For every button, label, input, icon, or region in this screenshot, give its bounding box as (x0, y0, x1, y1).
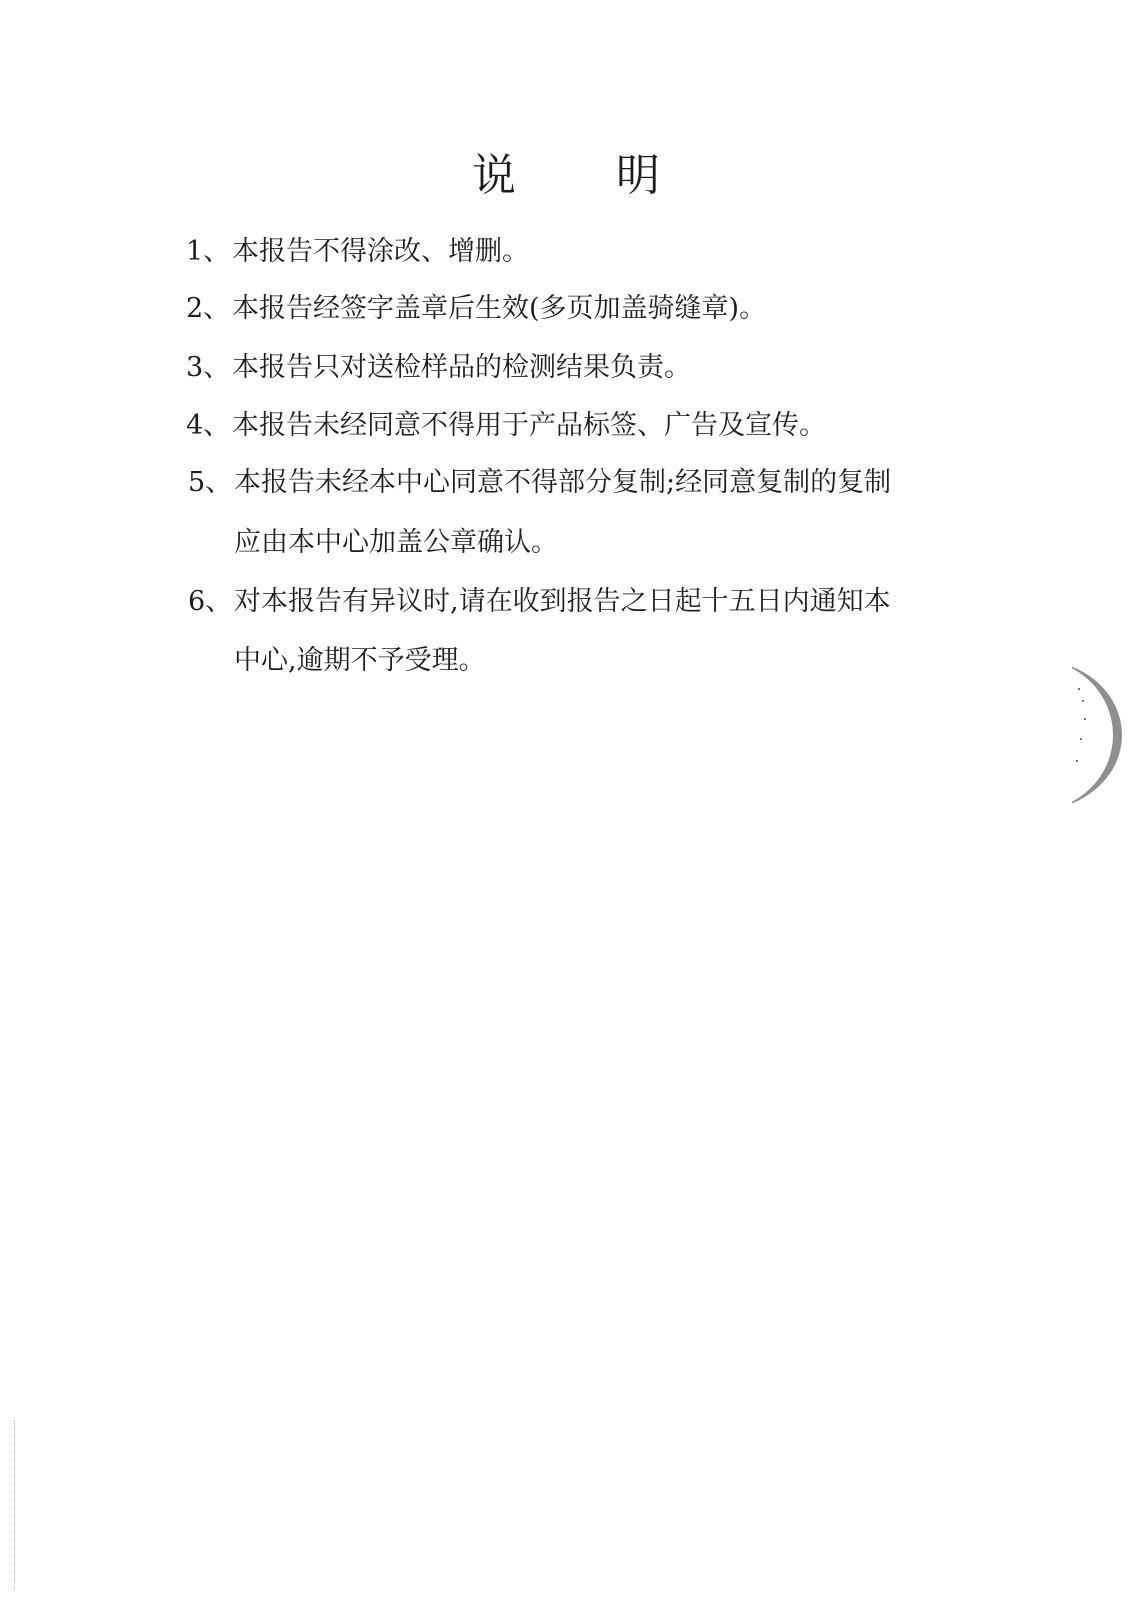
item-number: 2、 (186, 289, 232, 329)
item-text: 中心,逾期不予受理。 (234, 645, 486, 676)
item-number: 5、 (188, 463, 234, 503)
document-page: 说明 1、本报告不得涂改、增删。 2、本报告经签字盖章后生效(多页加盖骑缝章)。… (0, 0, 1132, 1600)
notice-item-4: 4、本报告未经同意不得用于产品标签、广告及宣传。 (186, 406, 826, 446)
item-text: 本报告只对送检样品的检测结果负责。 (232, 352, 691, 383)
item-text: 本报告未经本中心同意不得部分复制;经同意复制的复制 (234, 467, 891, 498)
item-number: 1、 (186, 232, 232, 272)
notice-item-3: 3、本报告只对送检样品的检测结果负责。 (186, 348, 691, 388)
notice-item-5: 5、本报告未经本中心同意不得部分复制;经同意复制的复制 (188, 463, 891, 503)
item-text: 本报告不得涂改、增删。 (232, 236, 529, 267)
notice-item-5-continued: 应由本中心加盖公章确认。 (234, 523, 558, 563)
item-number: 6、 (188, 582, 234, 622)
notice-item-6-continued: 中心,逾期不予受理。 (234, 641, 486, 681)
notice-item-1: 1、本报告不得涂改、增删。 (186, 232, 529, 272)
scan-margin-artifact (14, 1420, 16, 1590)
item-number: 4、 (186, 406, 232, 446)
title-char-1: 说 (472, 146, 516, 206)
title-char-2: 明 (616, 146, 660, 206)
page-title: 说明 (0, 146, 1132, 206)
item-text: 本报告经签字盖章后生效(多页加盖骑缝章)。 (232, 293, 766, 324)
item-text: 本报告未经同意不得用于产品标签、广告及宣传。 (232, 410, 826, 441)
item-text: 应由本中心加盖公章确认。 (234, 527, 558, 558)
item-number: 3、 (186, 348, 232, 388)
partial-seal-stamp-icon (1072, 660, 1132, 820)
notice-item-2: 2、本报告经签字盖章后生效(多页加盖骑缝章)。 (186, 289, 766, 329)
item-text: 对本报告有异议时,请在收到报告之日起十五日内通知本 (234, 586, 891, 617)
notice-item-6: 6、对本报告有异议时,请在收到报告之日起十五日内通知本 (188, 582, 891, 622)
